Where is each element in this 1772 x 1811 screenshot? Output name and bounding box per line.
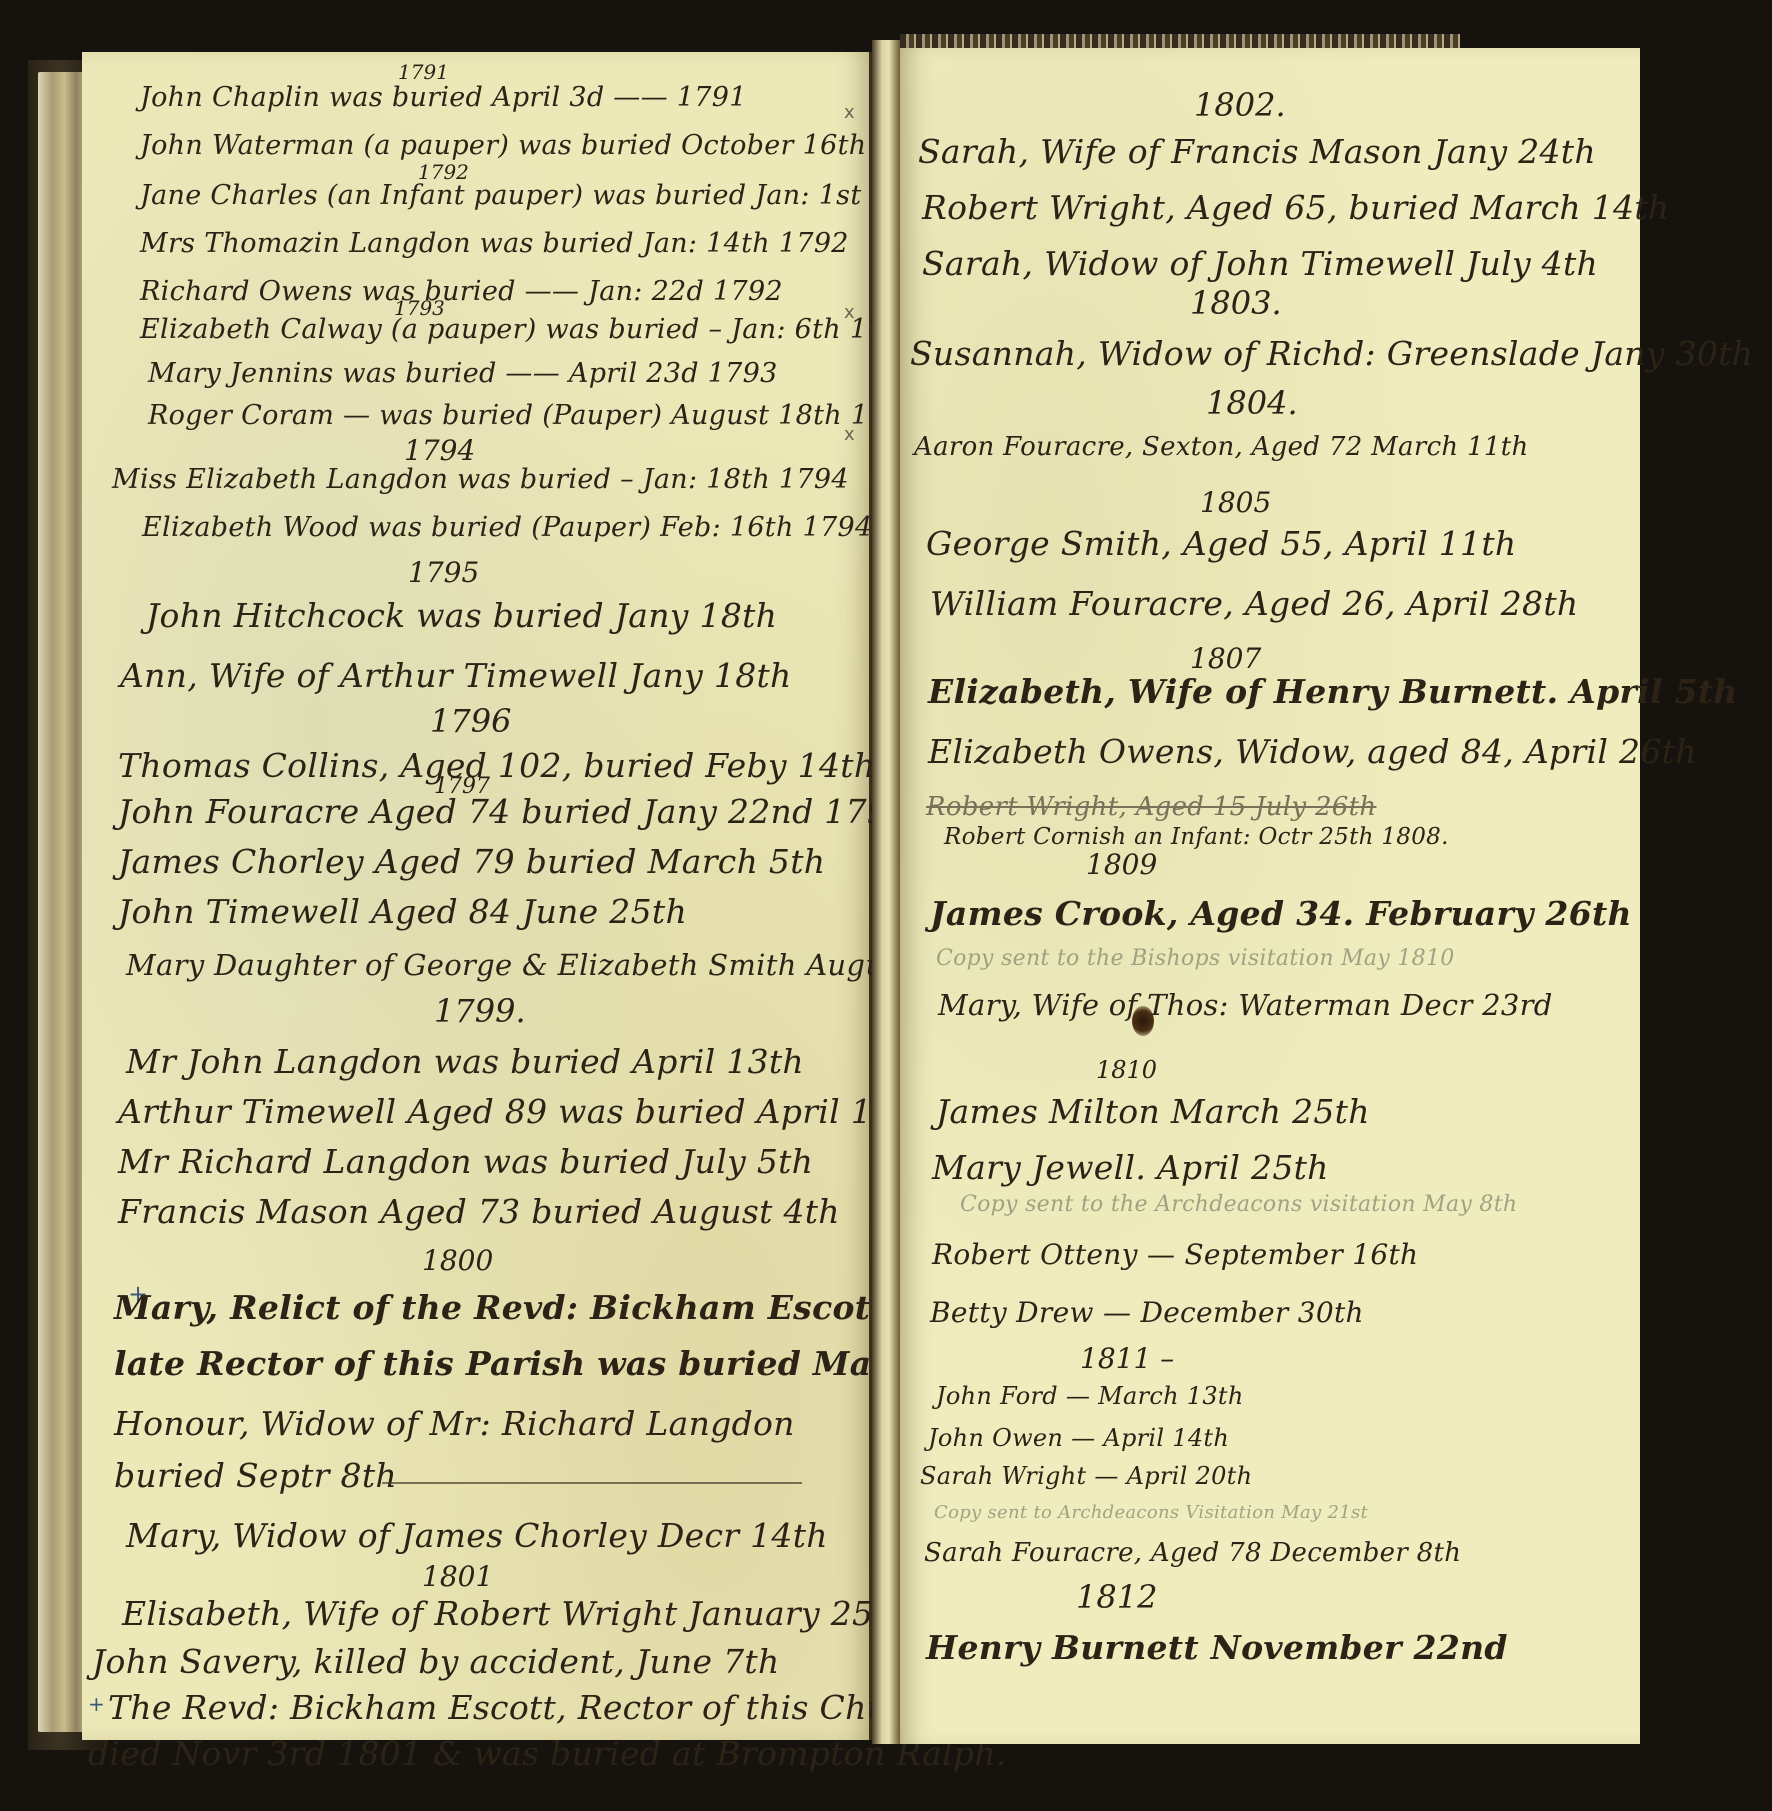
year-heading: 1802. [1194, 86, 1286, 124]
register-entry: died Novr 3rd 1801 & was buried at Bromp… [88, 1734, 1007, 1773]
annotation-note: Copy sent to the Bishops visitation May … [936, 946, 1455, 971]
separator-line [382, 1482, 802, 1484]
register-entry: Roger Coram — was buried (Pauper) August… [148, 400, 921, 431]
register-entry: Elizabeth, Wife of Henry Burnett. April … [928, 672, 1738, 711]
register-entry: Mary Jewell. April 25th [932, 1148, 1329, 1187]
cross-mark-icon: x [844, 102, 855, 123]
register-entry: Elisabeth, Wife of Robert Wright January… [122, 1594, 908, 1633]
register-entry: John Hitchcock was buried Jany 18th [146, 596, 777, 635]
year-heading: 1795 [408, 556, 479, 589]
register-entry: James Milton March 25th [936, 1092, 1370, 1131]
register-entry: Henry Burnett November 22nd [926, 1628, 1508, 1667]
year-heading: 1809 [1086, 848, 1157, 881]
register-entry: Honour, Widow of Mr: Richard Langdon [114, 1404, 795, 1443]
year-heading: 1799. [434, 992, 526, 1030]
register-entry: Elizabeth Wood was buried (Pauper) Feb: … [142, 512, 872, 543]
register-entry: Robert Otteny — September 16th [932, 1238, 1418, 1271]
register-entry: John Fouracre Aged 74 buried Jany 22nd 1… [118, 792, 920, 831]
register-entry: Susannah, Widow of Richd: Greenslade Jan… [910, 334, 1753, 373]
register-entry: Thomas Collins, Aged 102, buried Feby 14… [118, 746, 875, 785]
register-entry: Sarah, Widow of John Timewell July 4th [922, 244, 1598, 283]
register-entry: William Fouracre, Aged 26, April 28th [930, 584, 1578, 623]
register-entry: Ann, Wife of Arthur Timewell Jany 18th [120, 656, 792, 695]
year-heading: 1804. [1206, 384, 1298, 422]
struck-entry: Robert Wright, Aged 15 July 26th [926, 792, 1376, 822]
register-entry: Mr Richard Langdon was buried July 5th [118, 1142, 813, 1181]
register-entry: Mary, Wife of Thos: Waterman Decr 23rd [938, 988, 1553, 1022]
register-entry: Francis Mason Aged 73 buried August 4th [118, 1192, 840, 1231]
year-label: 1791 [398, 60, 449, 84]
register-entry: Mary, Widow of James Chorley Decr 14th [126, 1516, 828, 1555]
register-entry: Aaron Fouracre, Sexton, Aged 72 March 11… [914, 432, 1529, 462]
register-entry: John Timewell Aged 84 June 25th [118, 892, 687, 931]
right-page: 1802. Sarah, Wife of Francis Mason Jany … [900, 48, 1640, 1744]
register-entry: Mr John Langdon was buried April 13th [126, 1042, 804, 1081]
register-entry: James Crook, Aged 34. February 26th [930, 894, 1632, 933]
annotation-note: Copy sent to the Archdeacons visitation … [960, 1192, 1517, 1217]
left-page: 1791 John Chaplin was buried April 3d ——… [82, 52, 872, 1740]
register-entry: Sarah, Wife of Francis Mason Jany 24th [918, 132, 1596, 171]
book-gutter [872, 40, 900, 1744]
cross-mark-icon: x [844, 424, 855, 445]
margin-cross-icon: + [88, 1692, 105, 1716]
annotation-note: Copy sent to Archdeacons Visitation May … [934, 1502, 1368, 1523]
year-heading: 1803. [1190, 284, 1282, 322]
year-heading: 1807 [1190, 642, 1261, 675]
year-heading: 1794 [404, 434, 475, 467]
register-entry: John Owen — April 14th [928, 1424, 1229, 1452]
register-entry: Mary, Relict of the Revd: Bickham Escott [114, 1288, 886, 1327]
register-entry: Robert Cornish an Infant: Octr 25th 1808… [944, 824, 1449, 850]
register-entry: Mary Jennins was buried —— April 23d 179… [148, 358, 778, 389]
year-heading: 1810 [1096, 1056, 1157, 1084]
register-entry: Robert Wright, Aged 65, buried March 14t… [922, 188, 1669, 227]
page-stack-edge [38, 72, 86, 1732]
register-entry: Betty Drew — December 30th [930, 1296, 1364, 1329]
register-entry: Elizabeth Calway (a pauper) was buried –… [140, 314, 920, 345]
year-heading: 1812 [1076, 1578, 1157, 1616]
register-entry: James Chorley Aged 79 buried March 5th [118, 842, 825, 881]
register-entry: Sarah Wright — April 20th [920, 1462, 1252, 1490]
year-heading: 1796 [430, 702, 511, 740]
register-entry: John Waterman (a pauper) was buried Octo… [140, 130, 968, 161]
register-entry: John Chaplin was buried April 3d —— 1791 [140, 82, 747, 113]
register-entry: Richard Owens was buried —— Jan: 22d 179… [140, 276, 783, 307]
register-entry: Mary Daughter of George & Elizabeth Smit… [126, 948, 971, 982]
register-entry: Elizabeth Owens, Widow, aged 84, April 2… [928, 732, 1697, 771]
register-entry: Jane Charles (an Infant pauper) was buri… [140, 180, 940, 211]
year-heading: 1811 – [1080, 1342, 1174, 1375]
ink-blot [1132, 1006, 1154, 1036]
register-entry: Mrs Thomazin Langdon was buried Jan: 14t… [140, 228, 849, 259]
register-entry: The Revd: Bickham Escott, Rector of this… [108, 1688, 955, 1727]
register-entry: Miss Elizabeth Langdon was buried – Jan:… [112, 464, 849, 495]
register-entry: Arthur Timewell Aged 89 was buried April… [118, 1092, 929, 1131]
register-entry: John Savery, killed by accident, June 7t… [92, 1642, 780, 1681]
year-heading: 1800 [422, 1244, 493, 1277]
year-heading: 1805 [1200, 486, 1271, 519]
register-entry: Sarah Fouracre, Aged 78 December 8th [924, 1538, 1461, 1568]
year-heading: 1801 [422, 1560, 493, 1593]
register-entry: George Smith, Aged 55, April 11th [926, 524, 1516, 563]
register-entry: John Ford — March 13th [936, 1382, 1244, 1410]
register-entry: buried Septr 8th [114, 1456, 397, 1495]
